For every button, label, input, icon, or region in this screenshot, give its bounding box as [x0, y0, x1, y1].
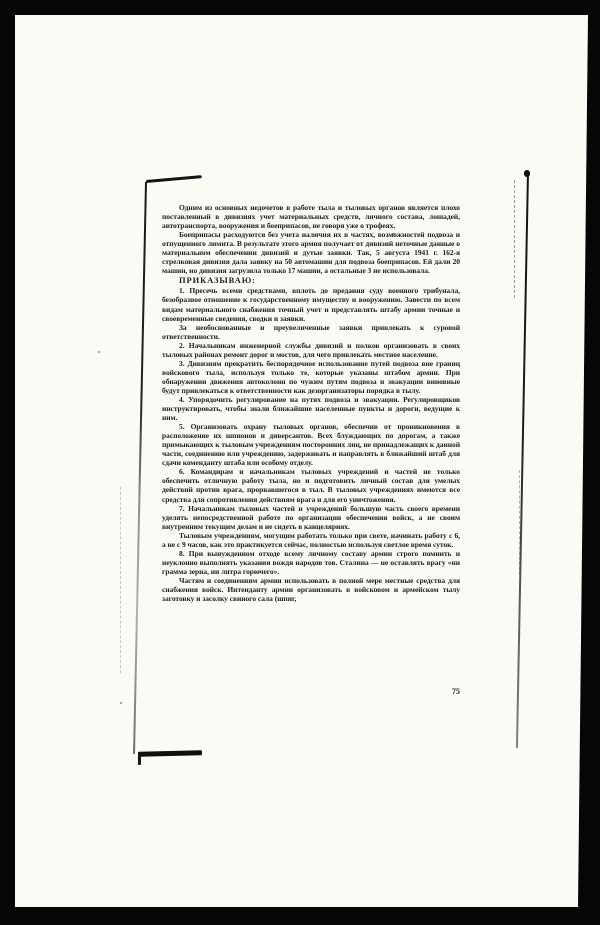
order-heading: ПРИКАЗЫВАЮ: — [162, 276, 460, 285]
paragraph: 6. Командирам и начальникам тыловых учре… — [162, 467, 460, 503]
gutter-top-tick-mark — [146, 175, 202, 183]
gutter-dash-hook — [138, 752, 141, 765]
paragraph: 2. Начальникам инженерной службы дивизий… — [162, 341, 460, 359]
faint-dashed-line — [519, 470, 520, 575]
dust-speck — [98, 351, 100, 353]
paragraph: За необоснованные и преувеличенные заявк… — [162, 323, 460, 341]
paragraph: 8. При вынужденном отходе всему личному … — [162, 549, 460, 576]
page-number: 75 — [162, 687, 460, 696]
page-text: Одним из основных недочетов в работе тыл… — [162, 203, 460, 603]
gutter-fold-line — [133, 182, 147, 754]
right-margin-line-knob — [524, 170, 530, 177]
paragraph: 7. Начальникам тыловых частей и учрежден… — [162, 504, 460, 531]
dust-speck — [120, 702, 122, 704]
paragraph: Тыловым учреждениям, могущим работать то… — [162, 531, 460, 549]
book-page: Одним из основных недочетов в работе тыл… — [15, 15, 588, 907]
paragraph: Боеприпасы расходуются без учета наличия… — [162, 230, 460, 275]
paragraph: Частям и соединениям армии использовать … — [162, 576, 460, 603]
paragraph: 5. Организовать охрану тыловых органов, … — [162, 422, 460, 467]
right-margin-fold-line — [516, 172, 529, 748]
paragraph: 3. Дивизиям прекратить беспорядочное исп… — [162, 359, 460, 395]
paragraph: 1. Пресечь всеми средствами, вплоть до п… — [162, 286, 460, 322]
gutter-bottom-dash-mark — [138, 750, 202, 757]
faint-dashed-line — [514, 180, 515, 298]
scanned-book-spread: { "colors": { "background": "#060606", "… — [0, 0, 600, 925]
faint-dashed-line — [120, 487, 121, 673]
paragraph: Одним из основных недочетов в работе тыл… — [162, 203, 460, 230]
paragraph: 4. Упорядочить регулирование на путях по… — [162, 395, 460, 422]
